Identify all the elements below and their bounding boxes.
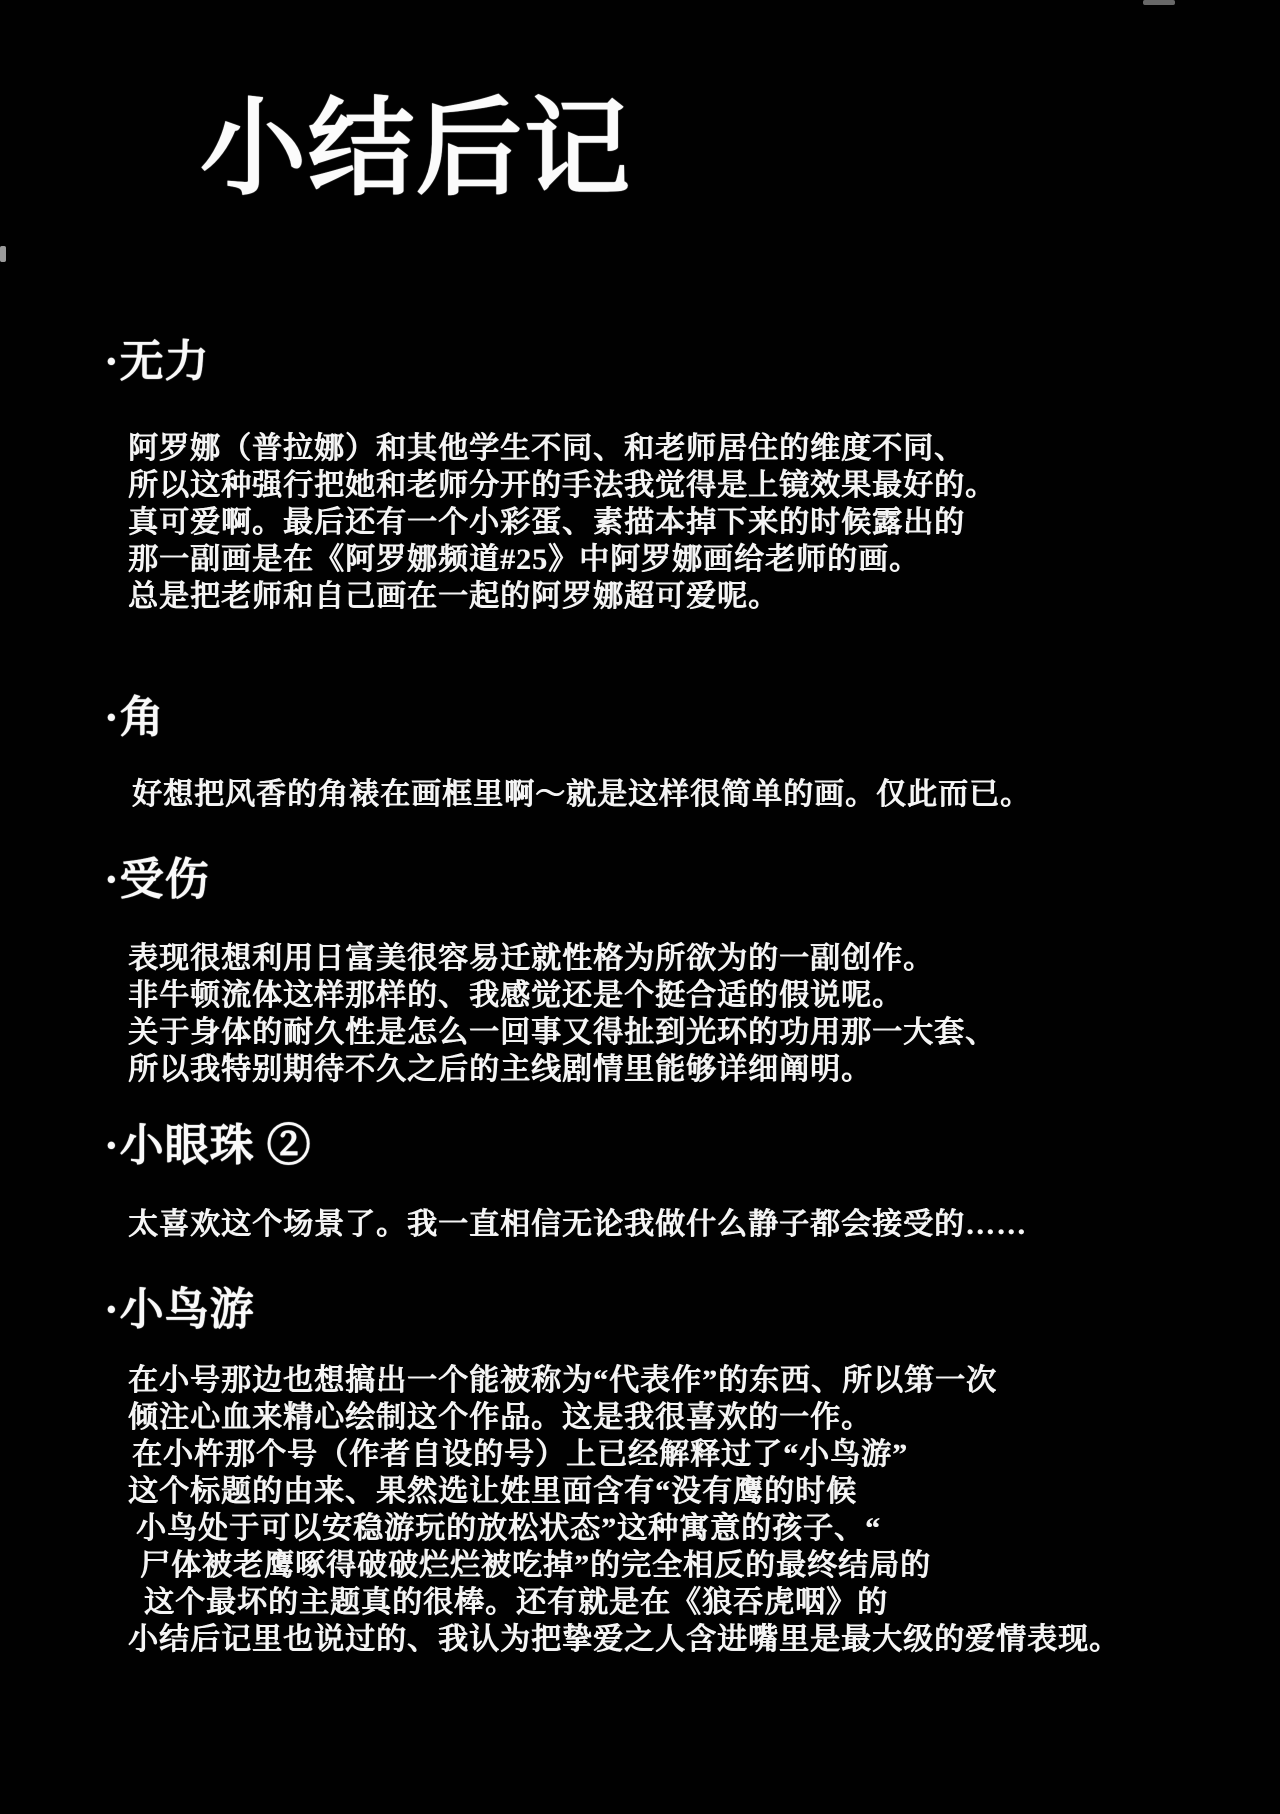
section-heading-helplessness: ·无力 — [104, 338, 210, 386]
scan-artifact — [0, 246, 6, 262]
paragraph-line: 在小杵那个号（作者自设的号）上已经解释过了“小鸟游” — [128, 1436, 1120, 1473]
page-title: 小结后记 — [200, 86, 632, 213]
paragraph-line: 表现很想利用日富美很容易迁就性格为所欲为的一副创作。 — [128, 940, 996, 977]
section-paragraph-takanashi: 在小号那边也想搞出一个能被称为“代表作”的东西、所以第一次 倾注心血来精心绘制这… — [128, 1362, 1120, 1658]
paragraph-line: 小鸟处于可以安稳游玩的放松状态”这种寓意的孩子、“ — [128, 1510, 1120, 1547]
paragraph-line: 太喜欢这个场景了。我一直相信无论我做什么静子都会接受的…… — [128, 1206, 1027, 1243]
paragraph-line: 那一副画是在《阿罗娜频道#25》中阿罗娜画给老师的画。 — [128, 541, 996, 578]
paragraph-line: 真可爱啊。最后还有一个小彩蛋、素描本掉下来的时候露出的 — [128, 504, 996, 541]
paragraph-line: 所以这种强行把她和老师分开的手法我觉得是上镜效果最好的。 — [128, 467, 996, 504]
section-paragraph-injury: 表现很想利用日富美很容易迁就性格为所欲为的一副创作。 非牛顿流体这样那样的、我感… — [128, 940, 996, 1088]
scan-artifact — [1143, 0, 1175, 5]
paragraph-line: 倾注心血来精心绘制这个作品。这是我很喜欢的一作。 — [128, 1399, 1120, 1436]
section-heading-injury: ·受伤 — [104, 856, 210, 904]
paragraph-line: 尸体被老鹰啄得破破烂烂被吃掉”的完全相反的最终结局的 — [128, 1547, 1120, 1584]
paragraph-line: 非牛顿流体这样那样的、我感觉还是个挺合适的假说呢。 — [128, 977, 996, 1014]
paragraph-line: 在小号那边也想搞出一个能被称为“代表作”的东西、所以第一次 — [128, 1362, 1120, 1399]
section-paragraph-horn: 好想把风香的角裱在画框里啊～就是这样很简单的画。仅此而已。 — [132, 776, 1031, 813]
section-paragraph-helplessness: 阿罗娜（普拉娜）和其他学生不同、和老师居住的维度不同、 所以这种强行把她和老师分… — [128, 430, 996, 615]
paragraph-line: 阿罗娜（普拉娜）和其他学生不同、和老师居住的维度不同、 — [128, 430, 996, 467]
paragraph-line: 所以我特别期待不久之后的主线剧情里能够详细阐明。 — [128, 1051, 996, 1088]
section-paragraph-little-eyes-2: 太喜欢这个场景了。我一直相信无论我做什么静子都会接受的…… — [128, 1206, 1027, 1243]
paragraph-line: 关于身体的耐久性是怎么一回事又得扯到光环的功用那一大套、 — [128, 1014, 996, 1051]
paragraph-line: 这个最坏的主题真的很棒。还有就是在《狼吞虎咽》的 — [128, 1584, 1120, 1621]
section-heading-little-eyes-2: ·小眼珠 ② — [104, 1122, 312, 1170]
paragraph-line: 这个标题的由来、果然选让姓里面含有“没有鹰的时候 — [128, 1473, 1120, 1510]
section-heading-horn: ·角 — [104, 694, 165, 742]
paragraph-line: 好想把风香的角裱在画框里啊～就是这样很简单的画。仅此而已。 — [132, 776, 1031, 813]
paragraph-line: 总是把老师和自己画在一起的阿罗娜超可爱呢。 — [128, 578, 996, 615]
afterword-page: 小结后记 ·无力 阿罗娜（普拉娜）和其他学生不同、和老师居住的维度不同、 所以这… — [0, 0, 1280, 1814]
paragraph-line: 小结后记里也说过的、我认为把挚爱之人含进嘴里是最大级的爱情表现。 — [128, 1621, 1120, 1658]
section-heading-takanashi: ·小鸟游 — [104, 1286, 255, 1334]
